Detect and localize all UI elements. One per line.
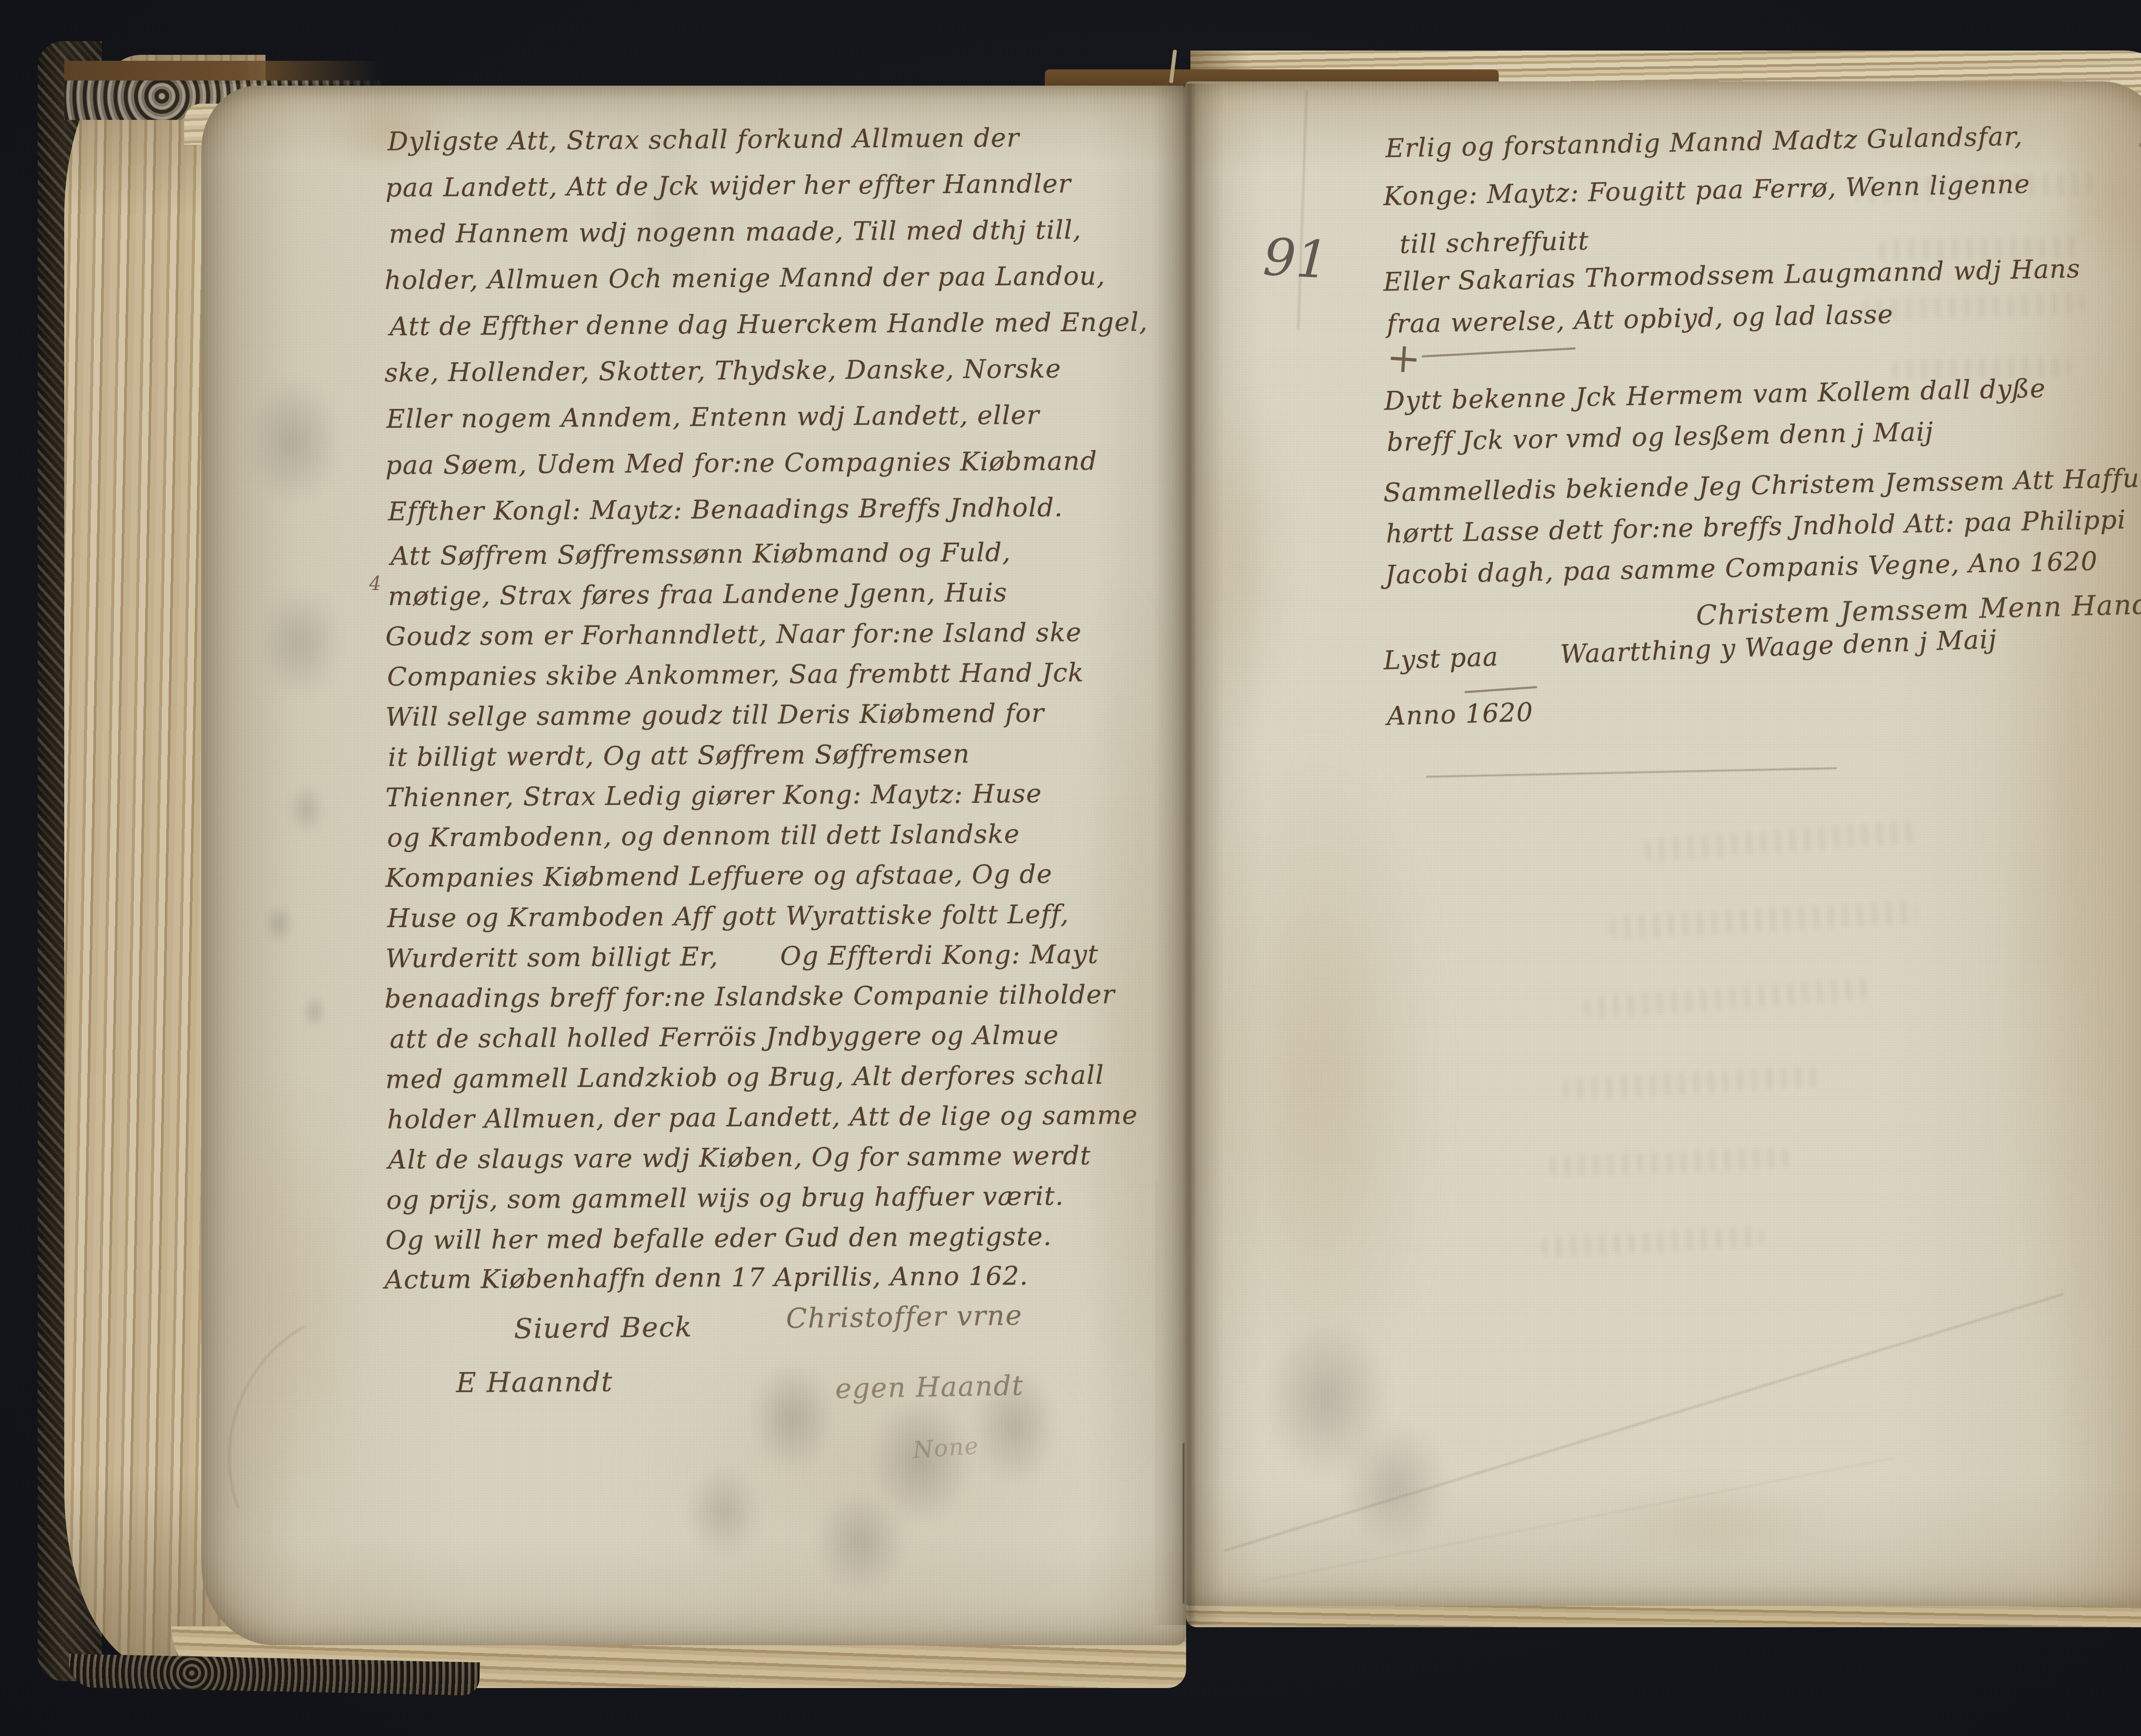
signature-hand: E Haanndt <box>456 1368 613 1397</box>
manuscript-line: Wurderitt som billigt Er, Og Effterdi Ko… <box>385 941 1099 972</box>
manuscript-line: Og will her med befalle eder Gud den meg… <box>385 1223 1052 1254</box>
ink-showthrough <box>1562 1066 1820 1101</box>
manuscript-line: ske, Hollender, Skotter, Thydske, Danske… <box>385 355 1062 387</box>
stain <box>246 377 340 505</box>
manuscript-line: Alt de slaugs vare wdj Kiøben, Og for sa… <box>388 1142 1091 1174</box>
manuscript-line: Goudz som er Forhanndlett, Naar for:ne I… <box>385 619 1082 650</box>
manuscript-line: Dyligste Att, Strax schall forkund Allmu… <box>388 125 1020 155</box>
pen-stroke <box>1422 347 1576 358</box>
manuscript-line: Huse og Kramboden Aff gott Wyrattiske fo… <box>387 901 1069 932</box>
manuscript-line: Erlig og forstanndig Mannd Madtz Gulands… <box>1385 123 2023 162</box>
proclamation-line: Lyst paa Waartthing y Waage denn j Maij <box>1383 626 1998 674</box>
stain <box>599 1306 1113 1640</box>
pen-dash <box>1464 686 1537 693</box>
left-page: Dyligste Att, Strax schall forkund Allmu… <box>201 86 1186 1645</box>
manuscript-photo: Dyligste Att, Strax schall forkund Allmu… <box>0 0 2141 1736</box>
stain <box>287 784 325 835</box>
manuscript-line: Sammelledis bekiende Jeg Christem Jemsse… <box>1383 465 2141 507</box>
signature: Siuerd Beck <box>514 1314 692 1343</box>
stain <box>1583 1477 1840 1563</box>
ink-showthrough <box>1643 820 1918 862</box>
manuscript-line: Jacobi dagh, paa samme Companis Vegne, A… <box>1385 548 2098 589</box>
manuscript-line: Att de Effther denne dag Huerckem Handle… <box>390 309 1148 340</box>
stain <box>814 1490 908 1593</box>
manuscript-line: holder, Allmuen Och menige Mannd der paa… <box>385 263 1106 294</box>
ghost-note: None <box>912 1434 980 1462</box>
folio-number: 91 <box>1262 232 1330 286</box>
manuscript-line: Will sellge samme goudz till Deris Kiøbm… <box>385 700 1044 731</box>
manuscript-line: Eller Sakarias Thormodssem Laugmannd wdj… <box>1383 256 2081 296</box>
manuscript-line: holder Allmuen, der paa Landett, Att de … <box>387 1102 1138 1133</box>
manuscript-line: att de schall holled Ferröis Jndbyggere … <box>390 1022 1059 1053</box>
stain <box>257 587 343 698</box>
signature: Christoffer vrne <box>786 1302 1023 1333</box>
ink-showthrough <box>1549 1148 1789 1177</box>
margin-mark: 4 <box>369 575 381 594</box>
corner-mark: 9 <box>2137 124 2141 154</box>
right-page: 91 9 Erlig og forstanndig Mannd Madtz Gu… <box>1185 81 2141 1606</box>
manuscript-line: med Hannem wdj nogenn maade, Till med dt… <box>389 217 1082 248</box>
signature-hand: egen Haandt <box>835 1372 1024 1403</box>
manuscript-line: Dytt bekenne Jck Hermem vam Kollem dall … <box>1384 375 2046 415</box>
manuscript-line: Att Søffrem Søffremssønn Kiøbmand og Ful… <box>391 539 1011 570</box>
signature: Christem Jemssem Menn Handt <box>1696 591 2141 629</box>
margin-cross: + <box>1385 336 1422 379</box>
dateline: Actum Kiøbenhaffn denn 17 Aprillis, Anno… <box>385 1263 1029 1294</box>
manuscript-line: Eller nogem Anndem, Entenn wdj Landett, … <box>386 402 1040 433</box>
manuscript-line: benaadings breff for:ne Islandske Compan… <box>385 981 1115 1013</box>
manuscript-line: paa Søem, Udem Med for:ne Compagnies Kiø… <box>385 448 1097 479</box>
manuscript-line: it billigt werdt, Og att Søffrem Søffrem… <box>388 741 970 771</box>
manuscript-line: Companies skibe Ankommer, Saa frembtt Ha… <box>387 659 1084 691</box>
manuscript-line: breff Jck vor vmd og lesßem denn j Maij <box>1387 418 1934 456</box>
stain <box>264 904 294 943</box>
ink-showthrough <box>1609 900 1918 940</box>
stain <box>1262 1319 1391 1482</box>
manuscript-line: Effther Kongl: Maytz: Benaadings Breffs … <box>388 494 1063 525</box>
crease <box>1156 1182 1157 1610</box>
manuscript-line: fraa werelse, Att opbiyd, og lad lasse <box>1387 301 1894 338</box>
manuscript-line: med gammell Landzkiob og Brug, Alt derfo… <box>385 1062 1104 1093</box>
crease <box>1262 1458 1893 1581</box>
gutter-fold-line <box>1183 1443 1184 1604</box>
stain <box>301 995 327 1029</box>
ink-showthrough <box>1862 292 2085 321</box>
ink-showthrough <box>1583 978 1876 1019</box>
manuscript-line: møtige, Strax føres fraa Landene Jgenn, … <box>388 579 1008 610</box>
proclamation-line: Anno 1620 <box>1387 699 1534 730</box>
stain <box>1190 385 1301 728</box>
manuscript-line: Thienner, Strax Ledig giører Kong: Maytz… <box>385 781 1042 811</box>
manuscript-line: Kompanies Kiøbmend Leffuere og afstaae, … <box>385 861 1053 892</box>
manuscript-line: hørtt Lasse dett for:ne breffs Jndhold A… <box>1386 507 2126 548</box>
crease-arc <box>201 1280 492 1606</box>
crease <box>1224 1294 2063 1551</box>
separator-rule <box>1426 767 1837 778</box>
stain <box>1185 728 1451 1435</box>
stain <box>1049 557 1186 1499</box>
manuscript-line: Konge: Maytz: Fougitt paa Ferrø, Wenn li… <box>1383 171 2031 210</box>
manuscript-line: og prijs, som gammell wijs og brug haffu… <box>386 1183 1064 1214</box>
manuscript-line: og Krambodenn, og dennom till dett Islan… <box>387 821 1020 852</box>
stain <box>749 1362 835 1473</box>
stain <box>685 1465 762 1559</box>
manuscript-line: till schreffuitt <box>1399 228 1589 258</box>
ink-showthrough <box>1541 1226 1764 1258</box>
manuscript-line: paa Landett, Att de Jck wijder her effte… <box>385 170 1071 202</box>
crease <box>1297 90 1307 330</box>
